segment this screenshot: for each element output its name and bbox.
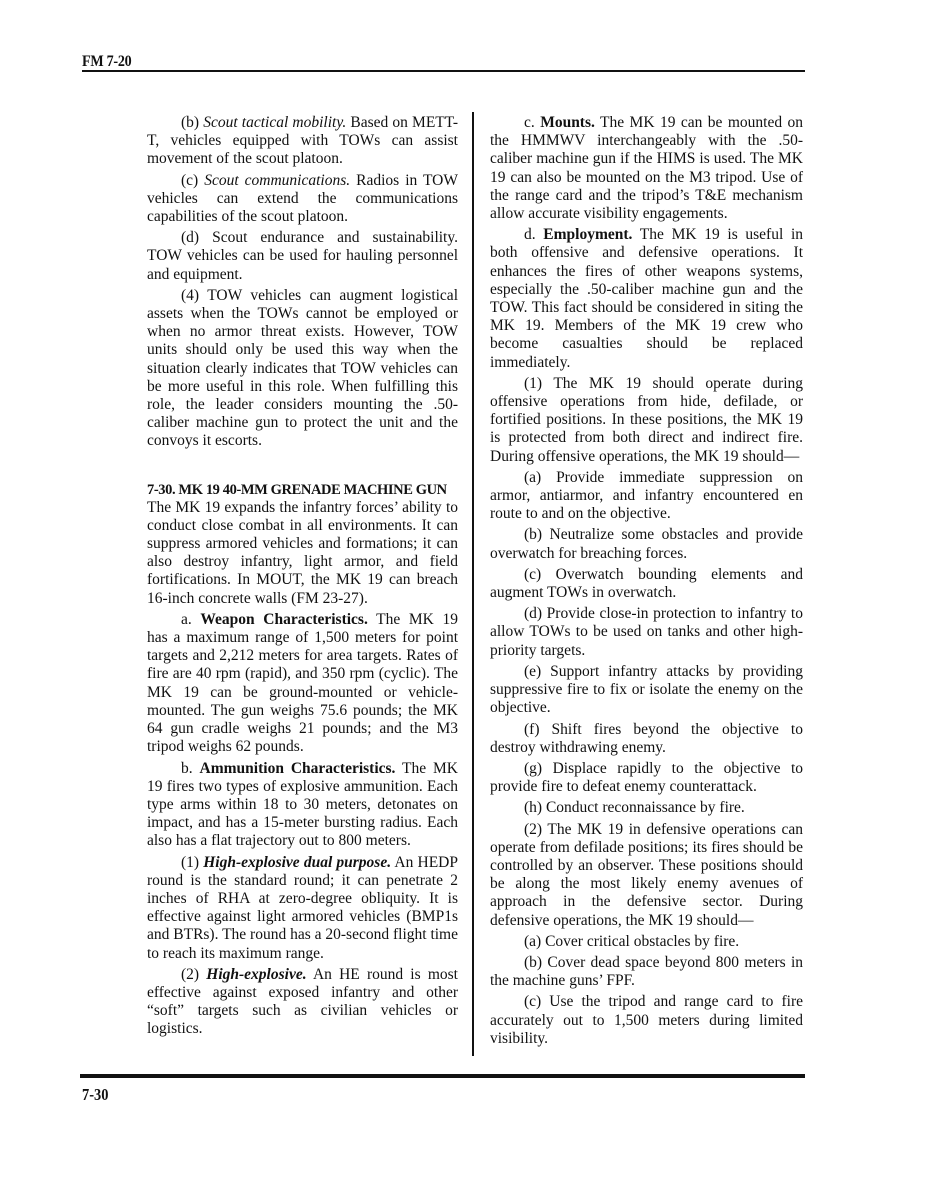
paragraph-employment: d. Employment. The MK 19 is useful in bo… xyxy=(490,226,803,372)
item-marker: d. xyxy=(524,226,543,243)
list-item: (d) Provide close-in protection to infan… xyxy=(490,605,803,660)
item-marker: b. xyxy=(181,760,200,777)
item-marker: a. xyxy=(181,611,200,628)
run-in-heading: Mounts. xyxy=(540,114,595,131)
run-in-heading: Employment. xyxy=(543,226,632,243)
right-column: c. Mounts. The MK 19 can be mounted on t… xyxy=(490,114,803,1051)
item-marker: (2) xyxy=(181,966,206,983)
run-in-heading: Weapon Characteristics. xyxy=(200,611,367,628)
paragraph-text: The MK 19 has a maximum range of 1,500 m… xyxy=(147,611,458,755)
header-rule xyxy=(82,70,805,72)
paragraph-ammunition-characteristics: b. Ammunition Characteristics. The MK 19… xyxy=(147,760,458,851)
running-header: FM 7-20 xyxy=(82,53,131,71)
list-item: (a) Cover critical obstacles by fire. xyxy=(490,933,803,951)
run-in-heading: Scout communications. xyxy=(204,172,350,189)
item-marker: (c) xyxy=(181,172,204,189)
paragraph-weapon-characteristics: a. Weapon Characteristics. The MK 19 has… xyxy=(147,611,458,757)
page-number: 7-30 xyxy=(82,1085,108,1105)
section-intro: The MK 19 expands the infantry forces’ a… xyxy=(147,499,458,608)
paragraph-logistical-assets: (4) TOW vehicles can augment logistical … xyxy=(147,287,458,451)
left-column: (b) Scout tactical mobility. Based on ME… xyxy=(147,114,458,1042)
item-marker: (1) xyxy=(181,854,203,871)
list-item: (b) Cover dead space beyond 800 meters i… xyxy=(490,954,803,990)
list-item: (a) Provide immediate suppression on arm… xyxy=(490,469,803,524)
paragraph-hedp: (1) High-explosive dual purpose. An HEDP… xyxy=(147,854,458,963)
run-in-heading: Scout tactical mobility. xyxy=(203,114,346,131)
paragraph-scout-endurance: (d) Scout endurance and sustainability. … xyxy=(147,229,458,284)
paragraph-he: (2) High-explosive. An HE round is most … xyxy=(147,966,458,1039)
run-in-heading: High-explosive. xyxy=(206,966,306,983)
list-item: (c) Use the tripod and range card to fir… xyxy=(490,993,803,1048)
paragraph-scout-mobility: (b) Scout tactical mobility. Based on ME… xyxy=(147,114,458,169)
list-item: (g) Displace rapidly to the objective to… xyxy=(490,760,803,796)
list-item: (b) Neutralize some obstacles and provid… xyxy=(490,526,803,562)
paragraph-text: The MK 19 is useful in both offensive an… xyxy=(490,226,803,370)
item-marker: c. xyxy=(524,114,540,131)
list-item: (c) Overwatch bounding elements and augm… xyxy=(490,566,803,602)
list-item: (f) Shift fires beyond the objective to … xyxy=(490,721,803,757)
item-marker: (b) xyxy=(181,114,203,131)
paragraph-defensive-operations: (2) The MK 19 in defensive operations ca… xyxy=(490,821,803,930)
run-in-heading: Ammunition Characteristics. xyxy=(200,760,396,777)
footer-rule xyxy=(80,1074,805,1078)
section-heading: 7-30. MK 19 40-MM GRENADE MACHINE GUN xyxy=(147,481,458,499)
column-divider xyxy=(472,112,474,1056)
run-in-heading: High-explosive dual purpose. xyxy=(203,854,391,871)
list-item: (h) Conduct reconnaissance by fire. xyxy=(490,799,803,817)
paragraph-mounts: c. Mounts. The MK 19 can be mounted on t… xyxy=(490,114,803,223)
paragraph-offensive-operations: (1) The MK 19 should operate during offe… xyxy=(490,375,803,466)
list-item: (e) Support infantry attacks by providin… xyxy=(490,663,803,718)
paragraph-scout-communications: (c) Scout communications. Radios in TOW … xyxy=(147,172,458,227)
